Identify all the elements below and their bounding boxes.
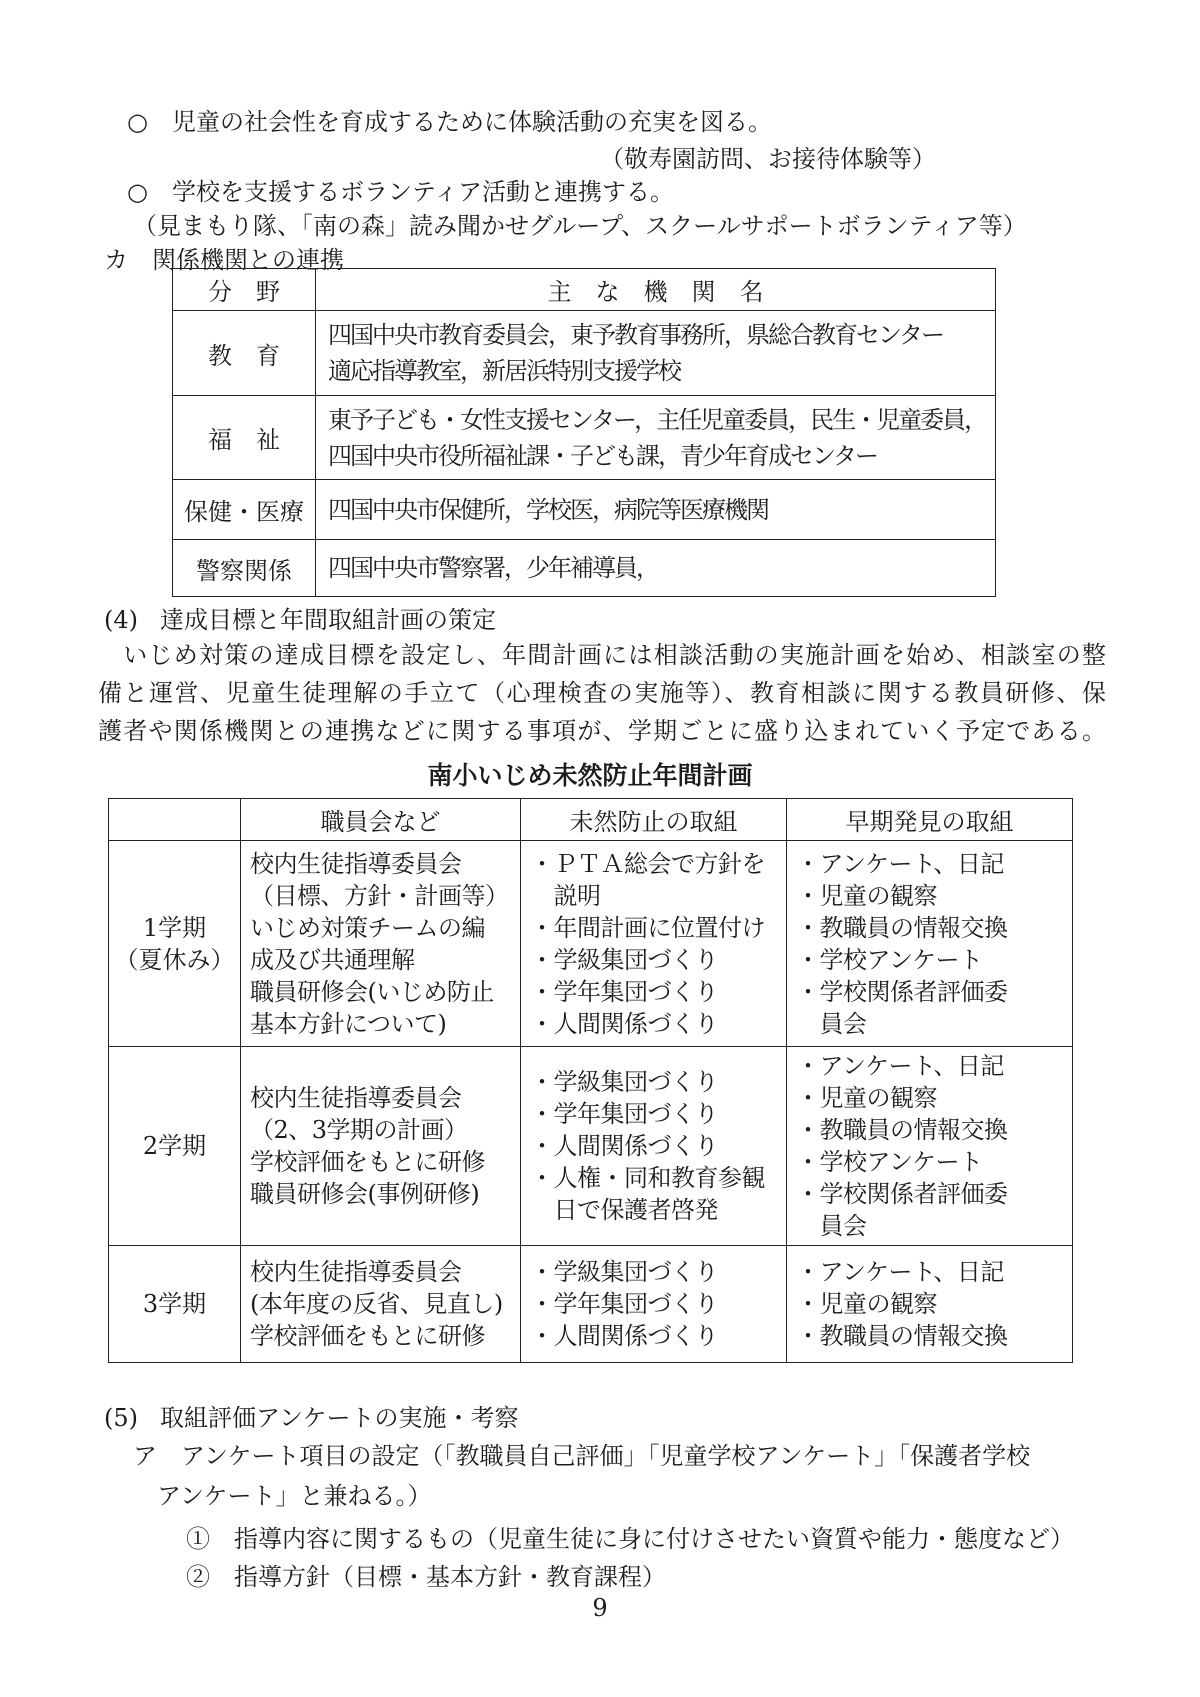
- intro-bullet-1-note: （敬寿園訪問、お接待体験等）: [600, 139, 936, 174]
- section5-item-a: ア アンケート項目の設定（「教職員自己評価」「児童学校アンケート」「保護者学校 …: [133, 1436, 1118, 1516]
- section5-item-1: ① 指導内容に関するもの（児童生徒に身に付けさせたい資質や能力・態度など）: [186, 1519, 1074, 1554]
- agency-table: 分 野 主 な 機 関 名 教 育 四国中央市教育委員会，東予教育事務所，県総合…: [172, 268, 996, 597]
- prevention-cell: ・学級集団づくり ・学年集団づくり ・人間関係づくり: [521, 1246, 787, 1363]
- section4-label: (4): [104, 606, 138, 634]
- agency-row-welfare: 福 祉 東予子ども・女性支援センター，主任児童委員，民生・児童委員， 四国中央市…: [173, 396, 996, 480]
- agency-row-education: 教 育 四国中央市教育委員会，東予教育事務所，県総合教育センター 適応指導教室，…: [173, 311, 996, 396]
- intro-bullet-2-note: （見まもり隊、「南の森」読み聞かせグループ、スクールサポートボランティア等）: [133, 206, 1027, 241]
- agency-name-cell: 東予子ども・女性支援センター，主任児童委員，民生・児童委員， 四国中央市役所福祉…: [316, 396, 996, 480]
- agency-row-health: 保健・医療 四国中央市保健所，学校医，病院等医療機関: [173, 480, 996, 540]
- agency-field-cell: 保健・医療: [173, 480, 316, 540]
- agency-name-cell: 四国中央市保健所，学校医，病院等医療機関: [316, 480, 996, 540]
- page-number: 9: [0, 1594, 1200, 1622]
- plan-table-title: 南小いじめ未然防止年間計画: [108, 756, 1072, 792]
- plan-header-prevention: 未然防止の取組: [521, 799, 787, 841]
- detection-cell: ・アンケート、日記 ・児童の観察 ・教職員の情報交換: [787, 1246, 1073, 1363]
- section4-paragraph: いじめ対策の達成目標を設定し、年間計画には相談活動の実施計画を始め、相談室の整 …: [98, 636, 1106, 750]
- plan-row-term2: 2学期 校内生徒指導委員会 （2、3学期の計画） 学校評価をもとに研修 職員研修…: [109, 1047, 1073, 1246]
- term-cell: 3学期: [109, 1246, 241, 1363]
- section5-heading: (5)取組評価アンケートの実施・考察: [104, 1398, 519, 1433]
- plan-row-term3: 3学期 校内生徒指導委員会 (本年度の反省、見直し) 学校評価をもとに研修 ・学…: [109, 1246, 1073, 1363]
- agency-field-cell: 警察関係: [173, 540, 316, 597]
- prevention-cell: ・学級集団づくり ・学年集団づくり ・人間関係づくり ・人権・同和教育参観 日で…: [521, 1047, 787, 1246]
- staff-cell: 校内生徒指導委員会 （2、3学期の計画） 学校評価をもとに研修 職員研修会(事例…: [241, 1047, 521, 1246]
- plan-header-staff: 職員会など: [241, 799, 521, 841]
- intro-bullet-2: ○ 学校を支援するボランティア活動と連携する。: [127, 172, 674, 207]
- section4-heading: (4)達成目標と年間取組計画の策定: [104, 600, 496, 635]
- plan-table: 職員会など 未然防止の取組 早期発見の取組 1学期 （夏休み） 校内生徒指導委員…: [108, 798, 1073, 1363]
- intro-bullet-1: ○ 児童の社会性を育成するために体験活動の充実を図る。: [127, 102, 772, 137]
- agency-header-field: 分 野: [173, 269, 316, 311]
- detection-cell: ・アンケート、日記 ・児童の観察 ・教職員の情報交換 ・学校アンケート ・学校関…: [787, 841, 1073, 1047]
- agency-field-cell: 教 育: [173, 311, 316, 396]
- section5-item-2: ② 指導方針（目標・基本方針・教育課程）: [186, 1557, 666, 1592]
- plan-header-term: [109, 799, 241, 841]
- detection-cell: ・アンケート、日記 ・児童の観察 ・教職員の情報交換 ・学校アンケート ・学校関…: [787, 1047, 1073, 1246]
- section5-title: 取組評価アンケートの実施・考察: [160, 1404, 519, 1432]
- prevention-cell: ・ＰＴＡ総会で方針を 説明 ・年間計画に位置付け ・学級集団づくり ・学年集団づ…: [521, 841, 787, 1047]
- document-page: ○ 児童の社会性を育成するために体験活動の充実を図る。 （敬寿園訪問、お接待体験…: [0, 0, 1200, 1697]
- agency-row-police: 警察関係 四国中央市警察署，少年補導員，: [173, 540, 996, 597]
- agency-field-cell: 福 祉: [173, 396, 316, 480]
- term-cell: 1学期 （夏休み）: [109, 841, 241, 1047]
- section5-label: (5): [104, 1404, 138, 1432]
- staff-cell: 校内生徒指導委員会 （目標、方針・計画等） いじめ対策チームの編 成及び共通理解…: [241, 841, 521, 1047]
- plan-header-detection: 早期発見の取組: [787, 799, 1073, 841]
- agency-header-name: 主 な 機 関 名: [316, 269, 996, 311]
- plan-row-term1: 1学期 （夏休み） 校内生徒指導委員会 （目標、方針・計画等） いじめ対策チーム…: [109, 841, 1073, 1047]
- agency-name-cell: 四国中央市警察署，少年補導員，: [316, 540, 996, 597]
- section4-title: 達成目標と年間取組計画の策定: [160, 606, 496, 634]
- staff-cell: 校内生徒指導委員会 (本年度の反省、見直し) 学校評価をもとに研修: [241, 1246, 521, 1363]
- agency-name-cell: 四国中央市教育委員会，東予教育事務所，県総合教育センター 適応指導教室，新居浜特…: [316, 311, 996, 396]
- term-cell: 2学期: [109, 1047, 241, 1246]
